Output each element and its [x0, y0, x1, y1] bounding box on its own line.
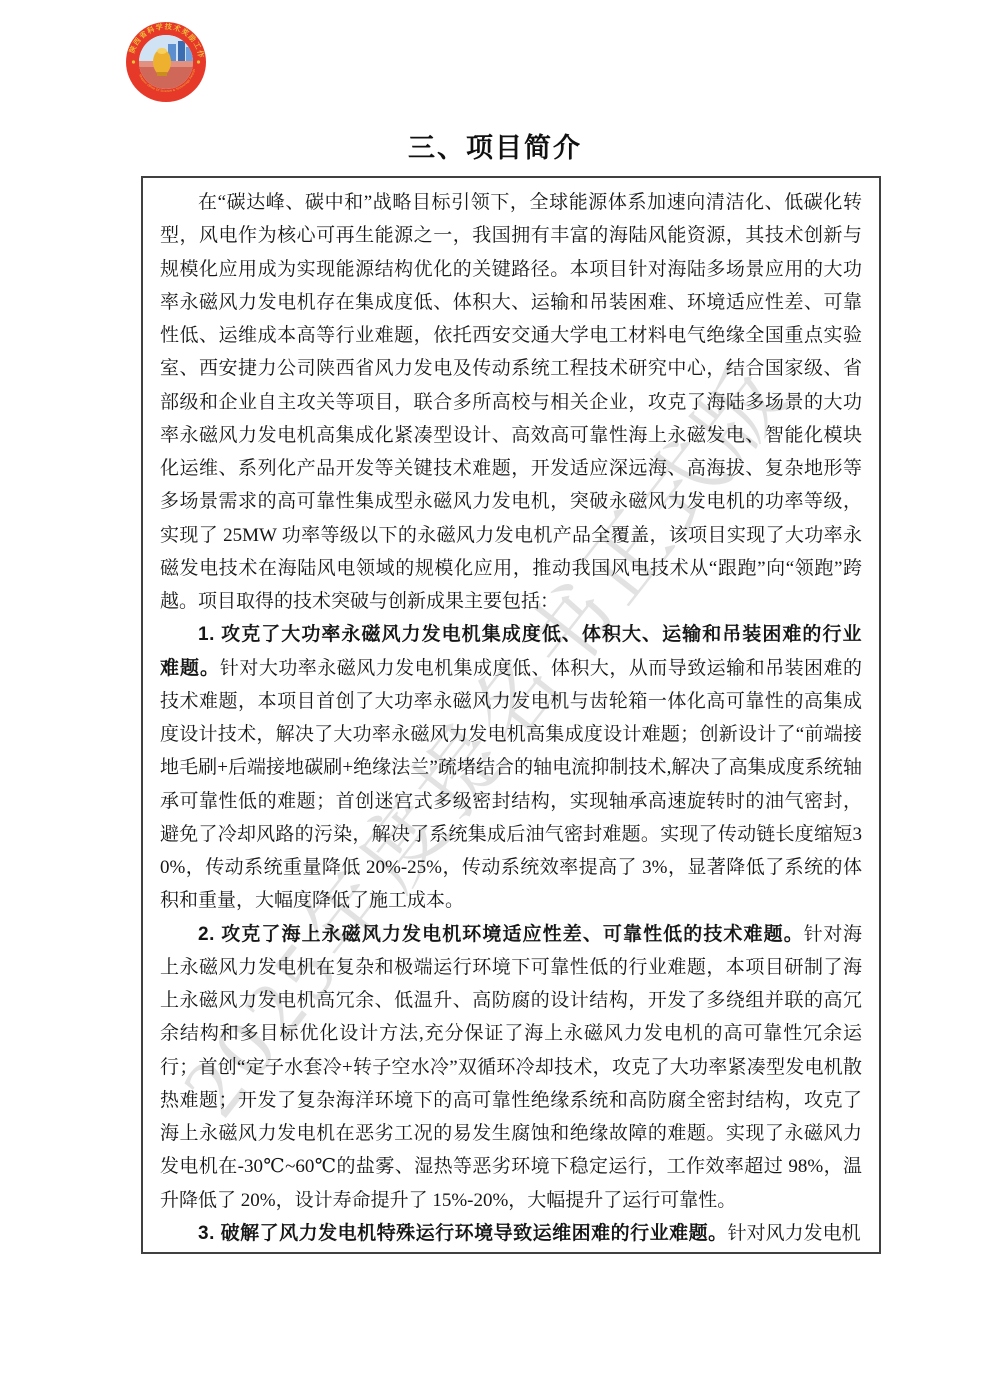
content-paragraphs: 在“碳达峰、碳中和”战略目标引领下，全球能源体系加速向清洁化、低碳化转型，风电作…	[160, 186, 862, 1250]
paragraph: 1. 攻克了大功率永磁风力发电机集成度低、体积大、运输和吊装困难的行业难题。针对…	[160, 618, 862, 917]
paragraph-heading-run: 2. 攻克了海上永磁风力发电机环境适应性差、可靠性低的技术难题。	[198, 924, 804, 945]
document-page: 陕西省科学技术奖励工作办公室 Shaanxi Office Of Science…	[0, 0, 990, 1399]
paragraph: 3. 破解了风力发电机特殊运行环境导致运维困难的行业难题。针对风力发电机	[160, 1217, 862, 1250]
paragraph-text-run: 针对海上永磁风力发电机在复杂和极端运行环境下可靠性低的行业难题，本项目研制了海上…	[160, 924, 862, 1211]
seal-right-dot	[197, 60, 200, 63]
seal-left-dot	[132, 60, 135, 63]
paragraph: 2. 攻克了海上永磁风力发电机环境适应性差、可靠性低的技术难题。针对海上永磁风力…	[160, 918, 862, 1217]
paragraph-text-run: 针对风力发电机	[728, 1223, 861, 1244]
paragraph-text-run: 在“碳达峰、碳中和”战略目标引领下，全球能源体系加速向清洁化、低碳化转型，风电作…	[160, 192, 862, 612]
paragraph-heading-run: 3. 破解了风力发电机特殊运行环境导致运维困难的行业难题。	[198, 1223, 728, 1244]
award-office-seal: 陕西省科学技术奖励工作办公室 Shaanxi Office Of Science…	[124, 20, 208, 104]
paragraph: 在“碳达峰、碳中和”战略目标引领下，全球能源体系加速向清洁化、低碳化转型，风电作…	[160, 186, 862, 618]
project-summary-box: 在“碳达峰、碳中和”战略目标引领下，全球能源体系加速向清洁化、低碳化转型，风电作…	[141, 176, 881, 1254]
seal-icon: 陕西省科学技术奖励工作办公室 Shaanxi Office Of Science…	[124, 20, 208, 104]
page-title: 三、项目简介	[0, 126, 990, 165]
paragraph-text-run: 针对大功率永磁风力发电机集成度低、体积大，从而导致运输和吊装困难的技术难题，本项…	[160, 658, 862, 912]
